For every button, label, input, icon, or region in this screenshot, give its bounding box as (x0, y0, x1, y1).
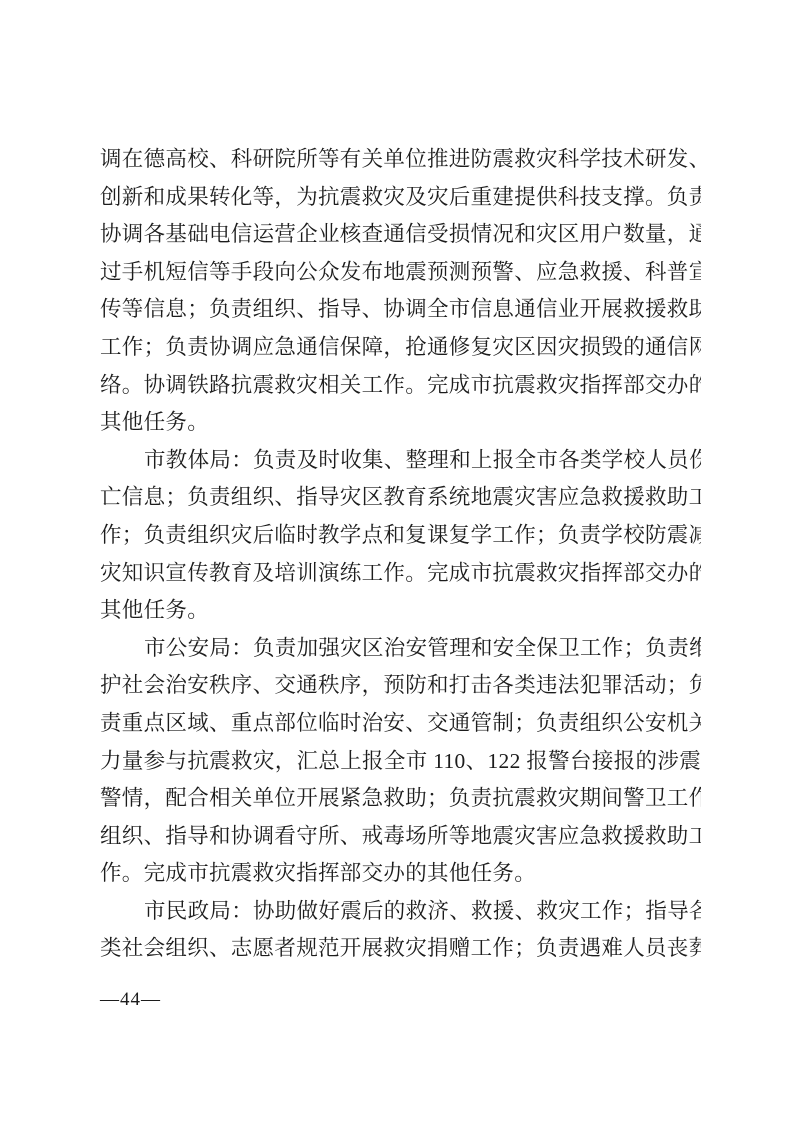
text-line: 作；负责组织灾后临时教学点和复课复学工作；负责学校防震减 (100, 517, 701, 555)
page-number: —44— (100, 988, 161, 1012)
text-line: 亡信息；负责组织、指导灾区教育系统地震灾害应急救援救助工 (100, 479, 701, 517)
text-line: 创新和成果转化等，为抗震救灾及灾后重建提供科技支撑。负责 (100, 179, 701, 217)
text-line: 警情，配合相关单位开展紧急救助；负责抗震救灾期间警卫工作； (100, 780, 701, 818)
text-line: 灾知识宣传教育及培训演练工作。完成市抗震救灾指挥部交办的 (100, 555, 701, 593)
text-line: 络。协调铁路抗震救灾相关工作。完成市抗震救灾指挥部交办的 (100, 367, 701, 405)
text-line: 市民政局：协助做好震后的救济、救援、救灾工作；指导各 (100, 893, 701, 931)
text-line: 作。完成市抗震救灾指挥部交办的其他任务。 (100, 855, 701, 893)
document-body: 调在德高校、科研院所等有关单位推进防震救灾科学技术研发、 创新和成果转化等，为抗… (100, 141, 701, 968)
text-line: 协调各基础电信运营企业核查通信受损情况和灾区用户数量，通 (100, 216, 701, 254)
text-line: 类社会组织、志愿者规范开展救灾捐赠工作；负责遇难人员丧葬 (100, 930, 701, 968)
text-line: 组织、指导和协调看守所、戒毒场所等地震灾害应急救援救助工 (100, 818, 701, 856)
text-line: 护社会治安秩序、交通秩序，预防和打击各类违法犯罪活动；负 (100, 667, 701, 705)
document-page: 调在德高校、科研院所等有关单位推进防震救灾科学技术研发、 创新和成果转化等，为抗… (0, 0, 793, 1122)
text-line: 市公安局：负责加强灾区治安管理和安全保卫工作；负责维 (100, 630, 701, 668)
text-line: 责重点区域、重点部位临时治安、交通管制；负责组织公安机关 (100, 705, 701, 743)
text-line: 过手机短信等手段向公众发布地震预测预警、应急救援、科普宣 (100, 254, 701, 292)
text-line: 调在德高校、科研院所等有关单位推进防震救灾科学技术研发、 (100, 141, 701, 179)
text-line: 力量参与抗震救灾，汇总上报全市 110、122 报警台接报的涉震 (100, 743, 701, 781)
text-line: 其他任务。 (100, 404, 701, 442)
text-line: 市教体局：负责及时收集、整理和上报全市各类学校人员伤 (100, 442, 701, 480)
text-line: 工作；负责协调应急通信保障，抢通修复灾区因灾损毁的通信网 (100, 329, 701, 367)
text-line: 传等信息；负责组织、指导、协调全市信息通信业开展救援救助 (100, 291, 701, 329)
text-line: 其他任务。 (100, 592, 701, 630)
